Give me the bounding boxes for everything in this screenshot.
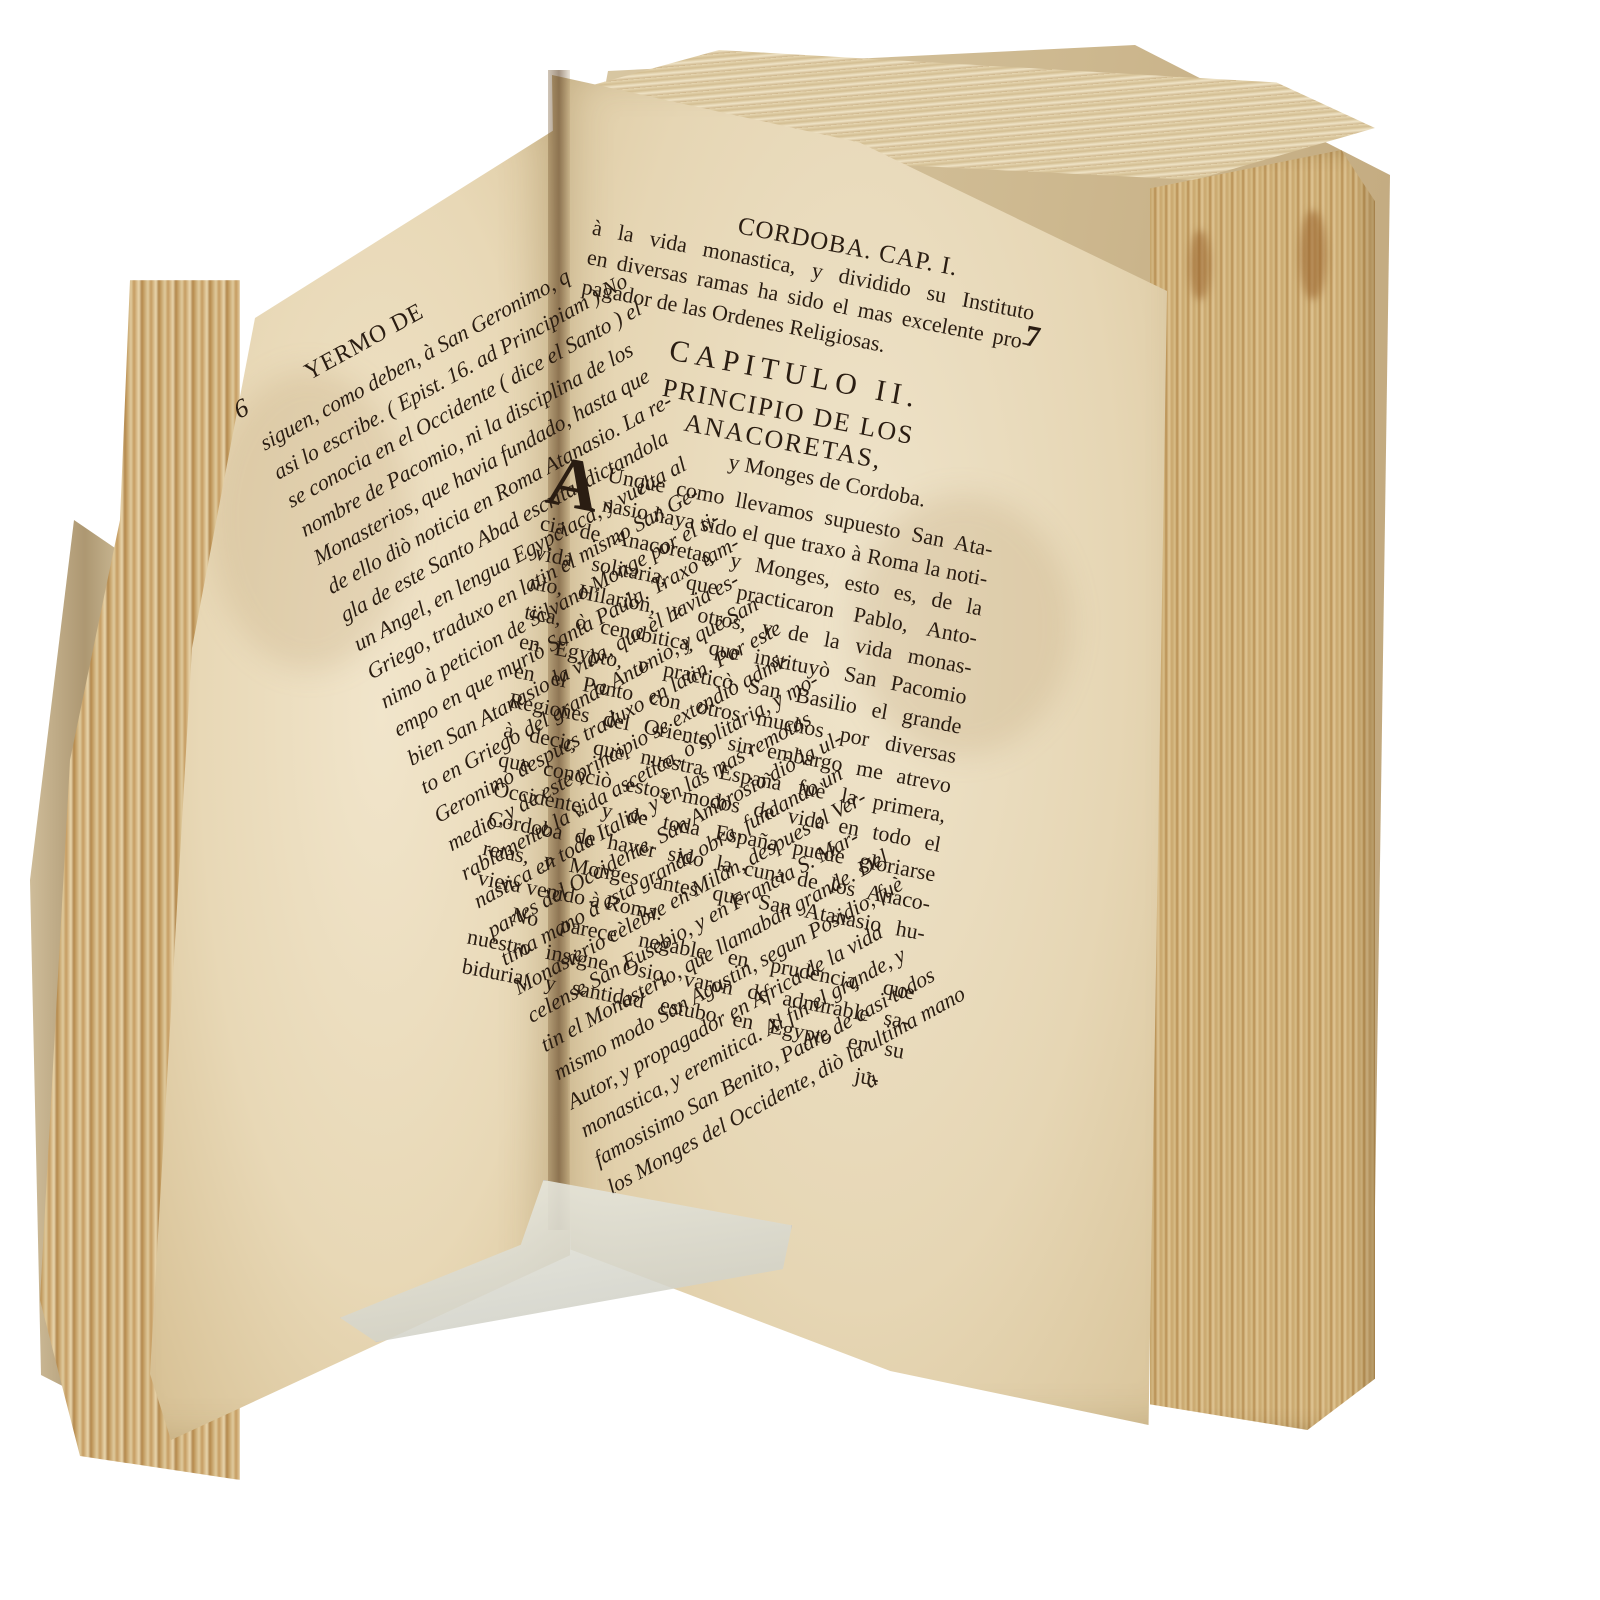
book-fore-edge <box>1150 150 1375 1430</box>
book-photo: CORDOBA. CAP. I. 7 à la vida monastica, … <box>0 0 1600 1600</box>
foxing-stain <box>1190 230 1210 300</box>
foxing-stain <box>1300 210 1326 300</box>
